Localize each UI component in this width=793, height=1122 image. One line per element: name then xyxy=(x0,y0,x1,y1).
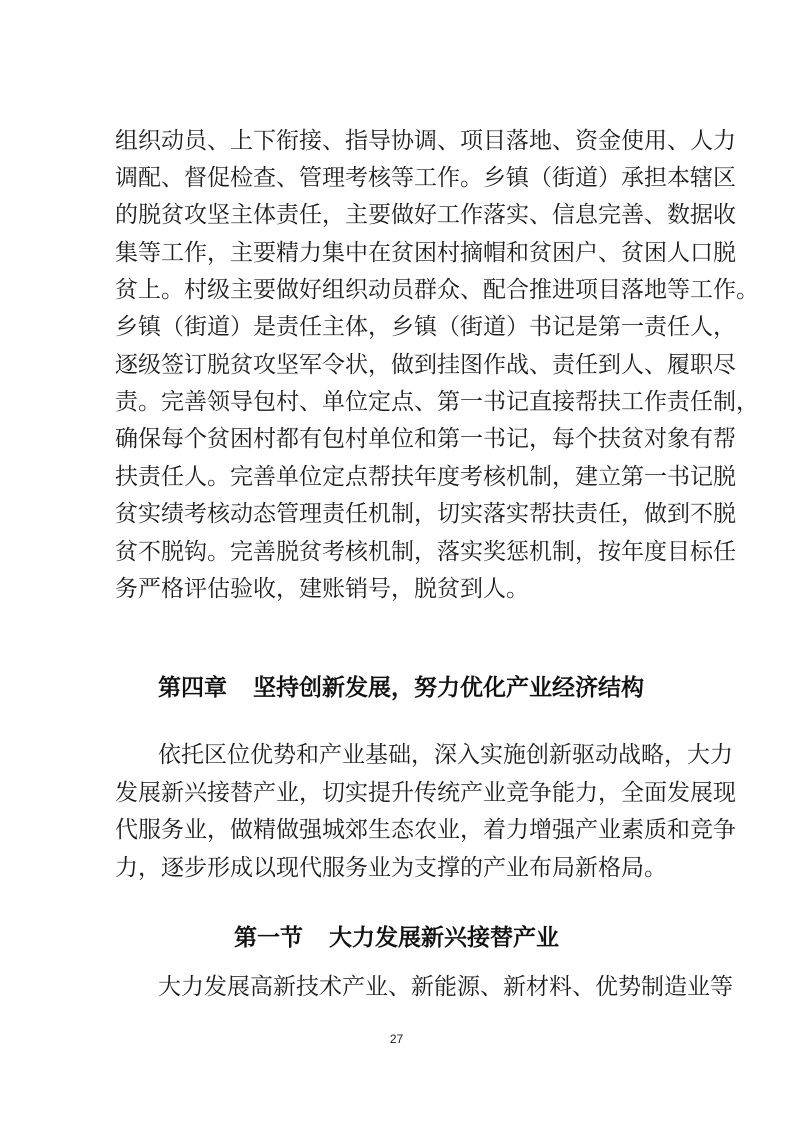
paragraph-line: 贫上。村级主要做好组织动员群众、配合推进项目落地等工作。 xyxy=(115,275,681,305)
paragraph-line: 集等工作，主要精力集中在贫困村摘帽和贫困户、贫困人口脱 xyxy=(115,238,681,268)
paragraph-line: 确保每个贫困村都有包村单位和第一书记，每个扶贫对象有帮 xyxy=(115,424,681,454)
paragraph-line: 代服务业，做精做强城郊生态农业，着力增强产业素质和竞争 xyxy=(115,815,681,845)
chapter-heading: 第四章坚持创新发展，努力优化产业经济结构 xyxy=(158,672,644,704)
section-title: 大力发展新兴接替产业 xyxy=(329,924,559,951)
paragraph-line: 贫不脱钩。完善脱贫考核机制，落实奖惩机制，按年度目标任 xyxy=(115,537,681,567)
paragraph-line: 组织动员、上下衔接、指导协调、项目落地、资金使用、人力 xyxy=(115,126,681,156)
paragraph-line: 大力发展高新技术产业、新能源、新材料、优势制造业等 xyxy=(158,972,681,1002)
paragraph-line: 贫实绩考核动态管理责任机制，切实落实帮扶责任，做到不脱 xyxy=(115,499,681,529)
paragraph-line: 乡镇（街道）是责任主体，乡镇（街道）书记是第一责任人， xyxy=(115,312,681,342)
paragraph-line: 发展新兴接替产业，切实提升传统产业竞争能力，全面发展现 xyxy=(115,778,681,808)
paragraph-line: 的脱贫攻坚主体责任，主要做好工作落实、信息完善、数据收 xyxy=(115,200,681,230)
chapter-title: 坚持创新发展，努力优化产业经济结构 xyxy=(253,675,644,701)
paragraph-line: 调配、督促检查、管理考核等工作。乡镇（街道）承担本辖区 xyxy=(115,163,681,193)
paragraph-line: 扶责任人。完善单位定点帮扶年度考核机制，建立第一书记脱 xyxy=(115,462,681,492)
paragraph-line: 依托区位优势和产业基础，深入实施创新驱动战略，大力 xyxy=(158,740,681,770)
page-number: 27 xyxy=(0,1032,793,1046)
paragraph-line: 逐级签订脱贫攻坚军令状，做到挂图作战、责任到人、履职尽 xyxy=(115,350,681,380)
document-page: 组织动员、上下衔接、指导协调、项目落地、资金使用、人力 调配、督促检查、管理考核… xyxy=(0,0,793,1122)
paragraph-line: 责。完善领导包村、单位定点、第一书记直接帮扶工作责任制， xyxy=(115,387,681,417)
section-number: 第一节 xyxy=(234,924,303,951)
paragraph-line: 力，逐步形成以现代服务业为支撑的产业布局新格局。 xyxy=(115,853,681,883)
section-heading: 第一节大力发展新兴接替产业 xyxy=(0,922,793,954)
paragraph-line: 务严格评估验收，建账销号，脱贫到人。 xyxy=(115,574,681,604)
chapter-number: 第四章 xyxy=(158,675,227,701)
